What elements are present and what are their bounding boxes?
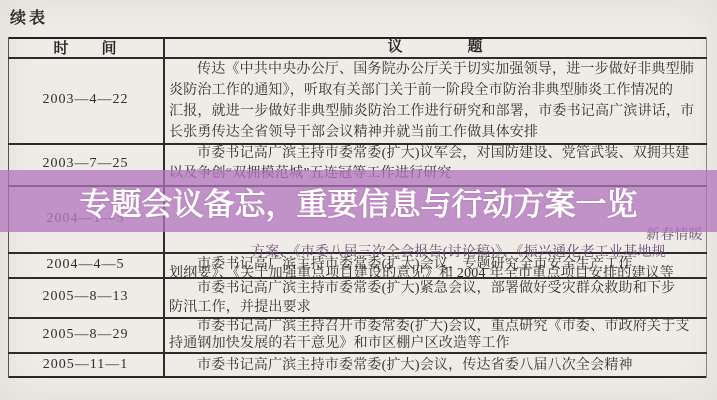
time-column-header: 时 间 [8, 37, 163, 57]
topic-cell: 市委书记高广滨主持召开市委常委(扩大)会议，重点研究《市委、市政府关于支 持通钢… [165, 317, 706, 352]
topic-cell: 市委书记高广滨主持市委常委(扩大)会议，传达省委八届八次全会精神 [165, 352, 706, 378]
table-row: 2005—8—13 市委书记高广滨主持市委常委(扩大)紧急会议，部署做好受灾群众… [8, 277, 707, 317]
table-row: 2005—11—1 市委书记高广滨主持市委常委(扩大)会议，传达省委八届八次全会… [8, 352, 707, 378]
table-header-row: 时 间 议 题 [8, 37, 707, 57]
topic-cell: 市委书记高广滨主持市委常委(扩大)紧急会议，部署做好受灾群众救助和下步 防汛工作… [165, 277, 706, 317]
time-cell: 2005—8—13 [8, 277, 163, 317]
topic-column-header: 议 题 [165, 37, 706, 57]
time-cell: 2005—8—29 [8, 317, 163, 352]
table-row: 2003—4—22 传达《中共中央办公厅、国务院办公厅关于切实加强领导，进一步做… [8, 57, 707, 143]
table-row: 2004—4—5 市委书记高广滨主持市委常委(扩大)会议，专题研究全市安全生产工… [8, 252, 707, 277]
topic-cell: 市委书记高广滨主持市委常委(扩大)会议，专题研究全市安全生产工作 [165, 252, 706, 277]
banner-title: 专题会议备忘，重要信息与行动方案一览 [0, 169, 717, 233]
table-row: 2005—8—29 市委书记高广滨主持召开市委常委(扩大)会议，重点研究《市委、… [8, 317, 707, 352]
topic-cell: 传达《中共中央办公厅、国务院办公厅关于切实加强领导，进一步做好非典型肺 炎防治工… [165, 57, 706, 143]
continuation-table-label: 续表 [10, 5, 48, 28]
time-cell: 2005—11—1 [8, 352, 163, 378]
time-cell: 2003—4—22 [8, 57, 163, 143]
scanned-document-page: 续表 时 间 议 题 2003—4—22 传达《中共中央办公厅、国务院办公厅关于… [0, 0, 717, 400]
time-cell: 2004—4—5 [8, 252, 163, 277]
